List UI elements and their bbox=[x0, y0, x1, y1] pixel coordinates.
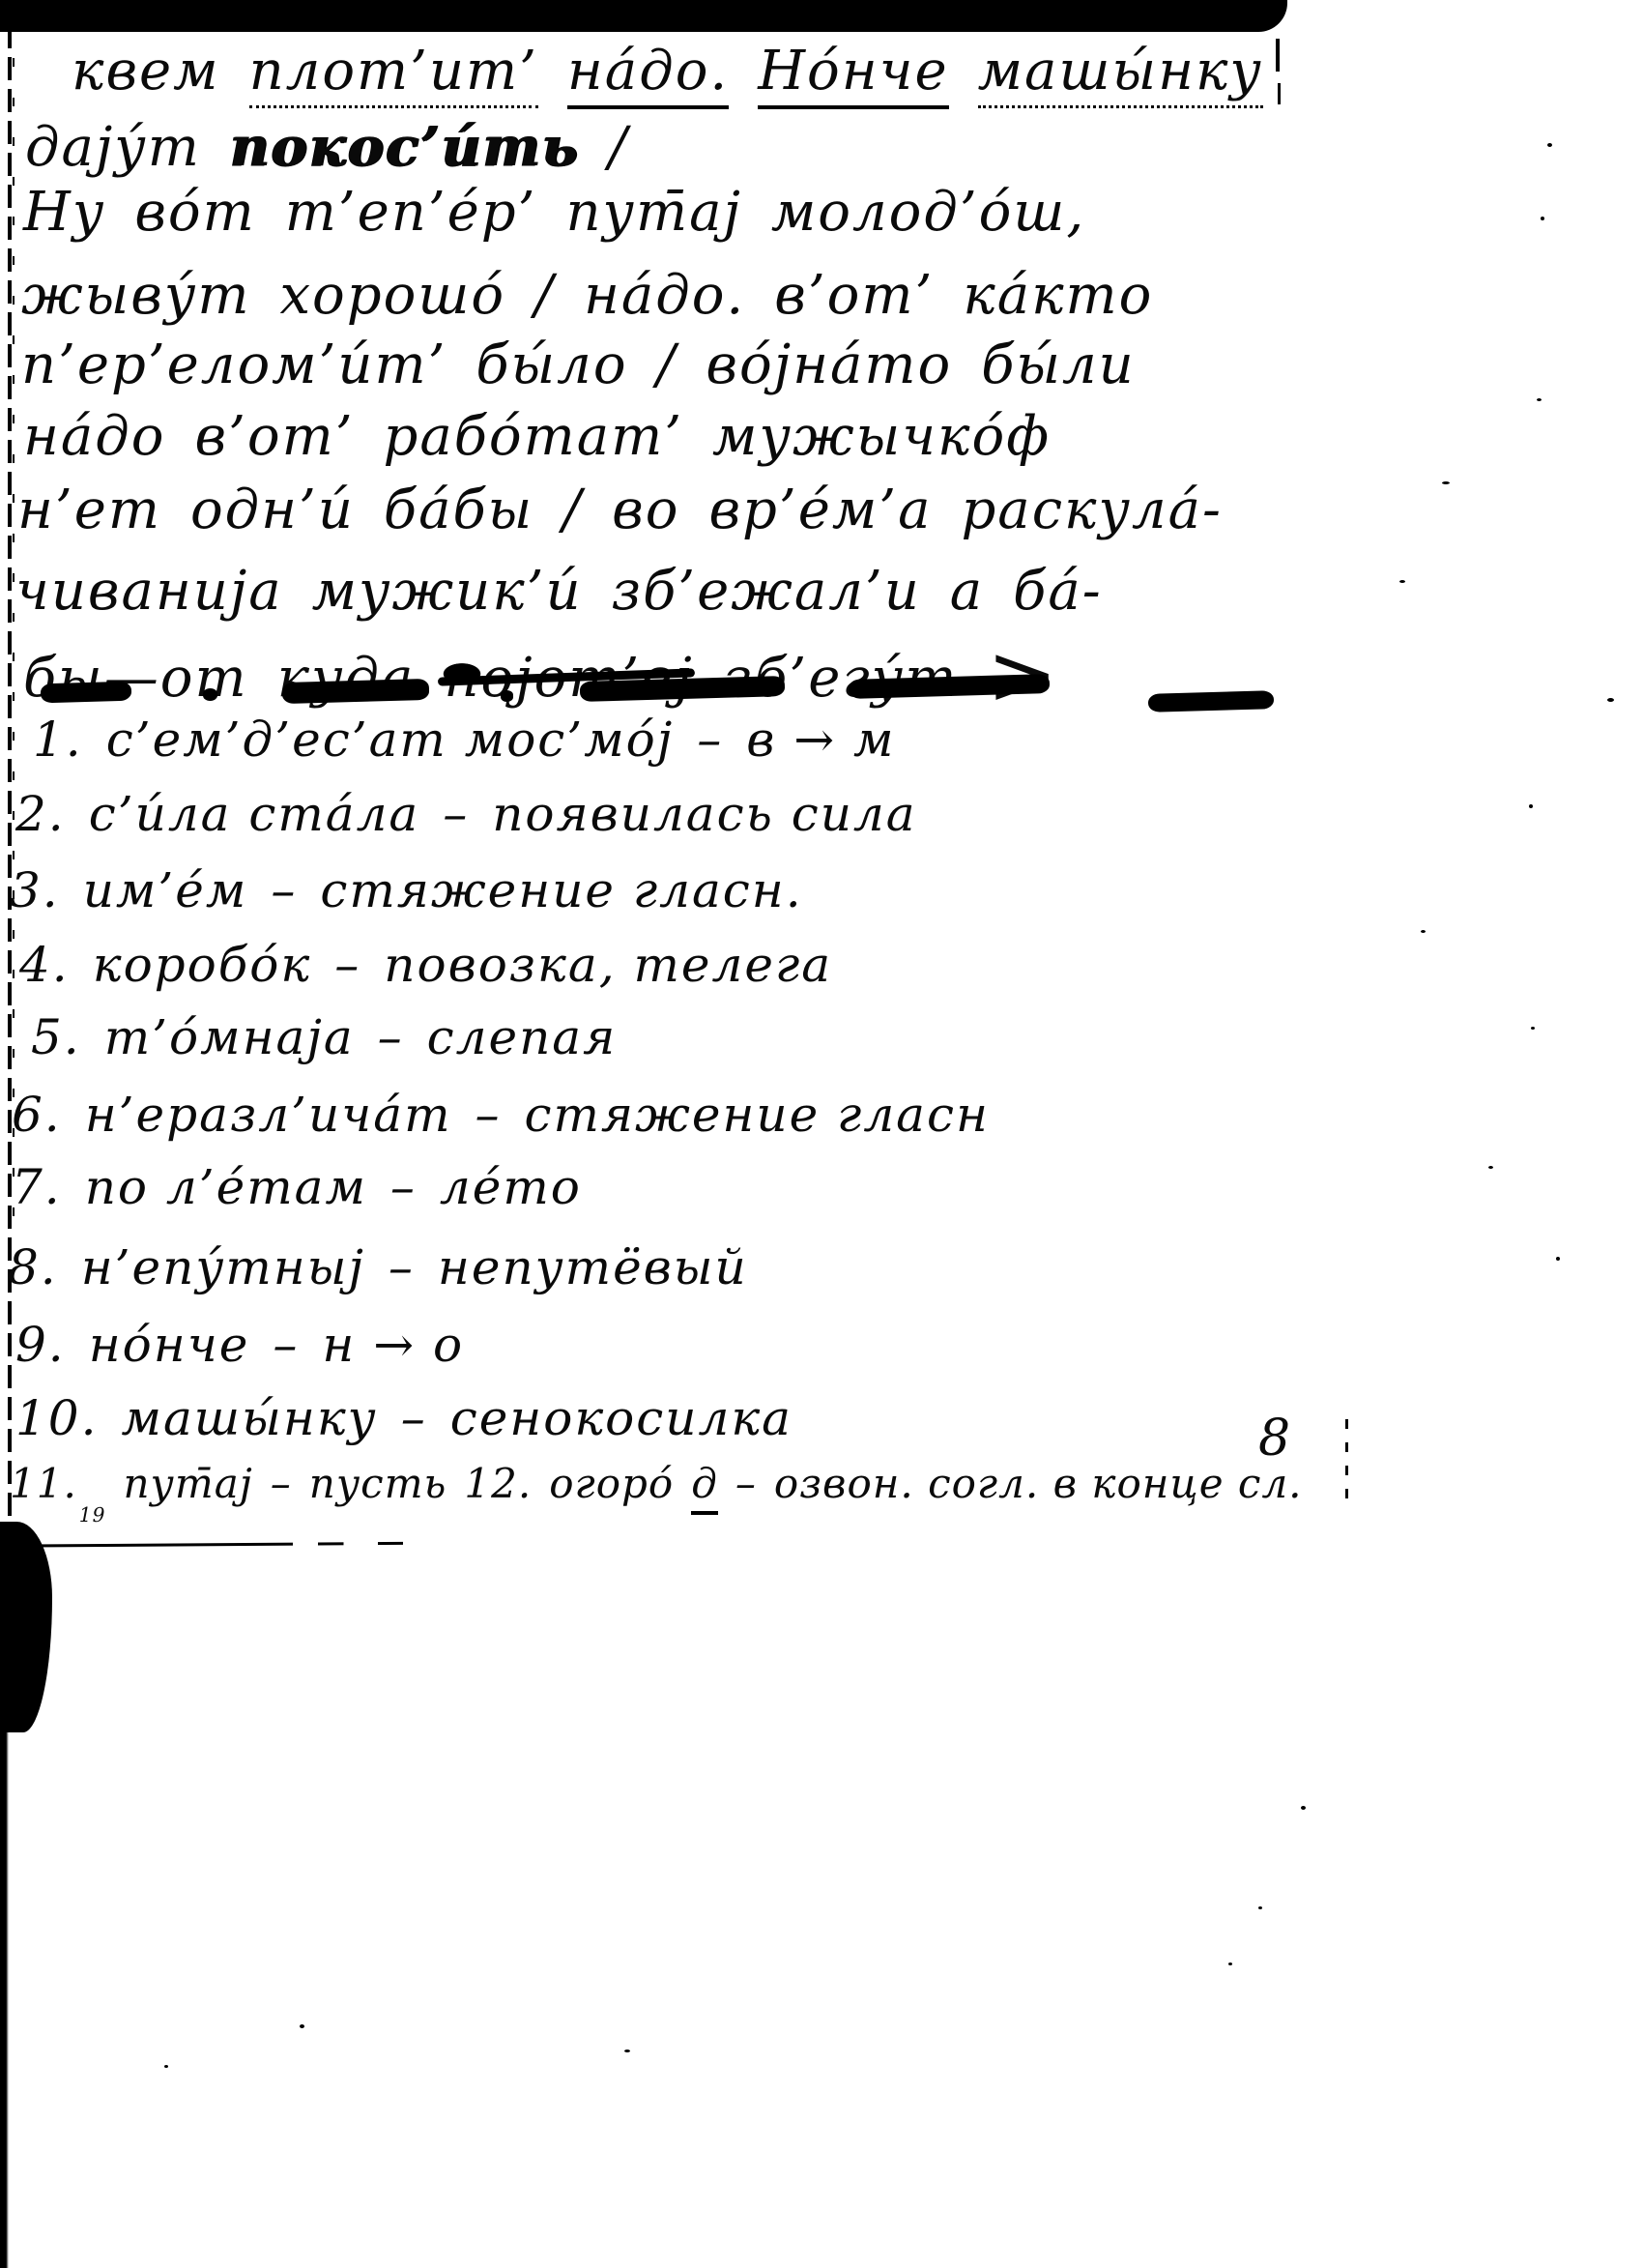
handwritten-word: – bbox=[273, 1321, 299, 1369]
handwritten-word: 1. bbox=[33, 715, 83, 764]
handwritten-word: – bbox=[475, 1090, 501, 1139]
handwritten-word: Но́нче bbox=[758, 44, 948, 109]
handwritten-word: а bbox=[950, 565, 984, 619]
handwritten-line: н’етодн’и́ба́бы/вовр’е́м’араскула́- bbox=[17, 483, 1252, 538]
handwritten-word: пут̄ај bbox=[565, 186, 741, 240]
handwritten-word: сенокосилка bbox=[450, 1394, 793, 1442]
handwritten-line: 4.коробо́к–повозка, телега bbox=[19, 941, 855, 989]
scan-speck bbox=[1301, 1806, 1306, 1810]
handwritten-word: стяжение гласн bbox=[524, 1090, 989, 1139]
scan-speck bbox=[1607, 698, 1614, 702]
handwritten-line: Нуво́тт’еп’е́р’пут̄ајмолод’о́ш, bbox=[23, 186, 1114, 240]
handwritten-word: на́до. bbox=[567, 44, 729, 109]
handwritten-word: бы́ли bbox=[981, 338, 1136, 393]
scan-left-edge-strip bbox=[0, 1721, 9, 2268]
handwritten-word: рабо́тат’ bbox=[384, 410, 684, 464]
handwritten-word: н’еразл’ича́т bbox=[85, 1090, 452, 1139]
handwritten-word: на́до. bbox=[584, 269, 745, 323]
handwritten-word: с’ем’д’ес’ат мос’мо́ј bbox=[106, 715, 675, 764]
handwritten-word: хорошо́ bbox=[279, 269, 505, 323]
handwritten-word: 6. bbox=[12, 1090, 62, 1139]
scan-speck bbox=[624, 2050, 630, 2052]
handwritten-word: бы́ло bbox=[476, 338, 627, 393]
scan-speck bbox=[1556, 1257, 1560, 1261]
handwritten-word: мужик’и́ bbox=[312, 565, 583, 619]
handwritten-word: 7. bbox=[12, 1163, 62, 1211]
handwritten-word: 2. bbox=[15, 790, 66, 838]
handwritten-line: квемплот’ит’на́до.Но́нчемашы́нку bbox=[72, 44, 1292, 109]
handwritten-word: плот’ит’ bbox=[249, 44, 538, 108]
handwritten-word: в → м bbox=[746, 715, 895, 764]
handwritten-word: – bbox=[271, 866, 297, 915]
scan-speck bbox=[1421, 930, 1426, 933]
handwritten-word: машы́нку bbox=[122, 1394, 378, 1442]
handwritten-word: п’ер’елом’и́т’ bbox=[21, 338, 447, 393]
handwritten-word: н’ет bbox=[17, 483, 161, 538]
handwritten-line: 11.19пут̄ај–пусть12.огоро́д–озвон. согл.… bbox=[10, 1464, 1320, 1515]
handwritten-word: – bbox=[735, 1464, 757, 1504]
handwritten-word: н’епу́тныј bbox=[81, 1243, 365, 1292]
handwritten-word: ба́- bbox=[1013, 565, 1103, 619]
handwritten-line: 7.по л’е́там–ле́то bbox=[12, 1163, 605, 1211]
handwritten-word: с’и́ла ста́ла bbox=[89, 790, 420, 838]
handwritten-word: 11. bbox=[10, 1464, 77, 1504]
scan-left-edge-line bbox=[8, 25, 12, 1520]
handwritten-word: молод’о́ш, bbox=[771, 186, 1085, 240]
handwritten-word: во́јна́то bbox=[706, 338, 952, 393]
handwritten-line: 9.но́нче–н → о bbox=[15, 1321, 487, 1369]
handwritten-word: машы́нку bbox=[978, 44, 1263, 108]
handwritten-word: – bbox=[389, 1243, 415, 1292]
handwritten-word: т’о́мнаја bbox=[104, 1013, 355, 1061]
handwritten-line: 5.т’о́мнаја–слепая bbox=[31, 1013, 640, 1061]
handwritten-word: – bbox=[401, 1394, 427, 1442]
handwritten-word: 8. bbox=[8, 1243, 58, 1292]
scanned-manuscript-page: квемплот’ит’на́до.Но́нчемашы́нкудају́тпо… bbox=[0, 0, 1643, 2268]
emphasis-bar bbox=[282, 679, 430, 704]
scan-left-edge-line bbox=[13, 58, 14, 1218]
emphasis-bar bbox=[203, 688, 217, 701]
handwritten-word: т’еп’е́р’ bbox=[285, 186, 537, 240]
emphasis-bar bbox=[1148, 690, 1274, 712]
handwritten-word: мужычко́ф bbox=[712, 410, 1051, 464]
handwritten-line: 8.н’епу́тныј–непутёвый bbox=[8, 1243, 771, 1292]
handwritten-word: ба́бы bbox=[384, 483, 533, 538]
handwritten-word: д bbox=[691, 1464, 718, 1515]
handwritten-word: 4. bbox=[19, 941, 70, 989]
handwritten-word: – bbox=[390, 1163, 417, 1211]
handwritten-word: на́до bbox=[23, 410, 165, 464]
handwritten-word: озвон. согл. в конце сл. bbox=[774, 1464, 1303, 1504]
scan-speck bbox=[1488, 1166, 1493, 1169]
faint-rule-line bbox=[29, 1541, 454, 1547]
handwritten-word: появилась сила bbox=[492, 790, 916, 838]
handwritten-word: пут̄ај bbox=[123, 1464, 252, 1504]
handwritten-word: ле́то bbox=[440, 1163, 582, 1211]
handwritten-word: одн’и́ bbox=[190, 483, 355, 538]
scan-speck bbox=[1547, 143, 1552, 147]
handwritten-word: пусть bbox=[309, 1464, 447, 1504]
handwritten-word: 3. bbox=[10, 866, 60, 915]
emphasis-bar bbox=[41, 682, 132, 704]
scan-speck bbox=[300, 2024, 304, 2028]
handwritten-word: Ну bbox=[23, 186, 105, 240]
scan-speck bbox=[1228, 1963, 1232, 1965]
handwritten-word: чиванија bbox=[15, 565, 283, 619]
handwritten-word: – bbox=[334, 941, 360, 989]
scan-top-border bbox=[0, 0, 1287, 32]
handwritten-line: дају́тпокос’и́ть/ bbox=[25, 120, 658, 175]
scan-speck bbox=[1529, 804, 1533, 808]
handwritten-word: квем bbox=[72, 44, 220, 99]
handwritten-line: жыву́тхорошо́/на́до.в’от’ка́кто bbox=[21, 269, 1182, 323]
handwritten-line: чиванијамужик’и́зб’ежал’иаба́- bbox=[15, 565, 1132, 619]
handwritten-word: 9. bbox=[15, 1321, 66, 1369]
handwritten-word: н → о bbox=[322, 1321, 464, 1369]
handwritten-word: слепая bbox=[427, 1013, 618, 1061]
handwritten-line: 10.машы́нку–сенокосилка bbox=[15, 1394, 816, 1442]
handwritten-word: раскула́- bbox=[961, 483, 1223, 538]
handwritten-word: коробо́к bbox=[93, 941, 312, 989]
handwritten-word: / bbox=[562, 483, 583, 538]
handwritten-word: 12. bbox=[464, 1464, 532, 1504]
handwritten-word: – bbox=[271, 1464, 292, 1504]
handwritten-word: огоро́ bbox=[549, 1464, 674, 1504]
scan-speck bbox=[164, 2065, 168, 2068]
handwritten-word: им’е́м bbox=[83, 866, 248, 915]
handwritten-word: 5. bbox=[31, 1013, 81, 1061]
handwritten-word: – bbox=[378, 1013, 404, 1061]
handwritten-line: 6.н’еразл’ича́т–стяжение гласн bbox=[12, 1090, 1013, 1139]
handwritten-word: 10. bbox=[15, 1394, 99, 1442]
handwritten-word: – bbox=[697, 715, 723, 764]
handwritten-word: в’от’ bbox=[194, 410, 354, 464]
page-number: 8 bbox=[1258, 1410, 1290, 1468]
handwritten-word: покос’и́ть bbox=[230, 120, 580, 174]
scan-speck bbox=[1258, 1906, 1262, 1909]
scan-speck bbox=[1541, 217, 1544, 220]
handwritten-line: бы—откудапојот’ејзб’егу́т> bbox=[23, 634, 1088, 718]
handwritten-line: 1.с’ем’д’ес’ат мос’мо́ј–в → м bbox=[33, 715, 919, 764]
handwritten-line: на́дов’от’рабо́тат’мужычко́ф bbox=[23, 410, 1080, 464]
handwritten-word: во bbox=[612, 483, 679, 538]
handwritten-word: зб’ежал’и bbox=[612, 565, 921, 619]
handwritten-word: повозка, телега bbox=[384, 941, 832, 989]
right-margin-mark bbox=[1345, 1419, 1348, 1508]
handwritten-line: 3.им’е́м–стяжение гласн. bbox=[10, 866, 826, 915]
handwritten-word: во́т bbox=[134, 186, 255, 240]
scan-speck bbox=[1537, 398, 1542, 401]
scan-ink-blob bbox=[0, 1522, 52, 1732]
scan-speck bbox=[1531, 1027, 1535, 1030]
handwritten-word: стяжение гласн. bbox=[320, 866, 802, 915]
handwritten-word: непутёвый bbox=[438, 1243, 748, 1292]
handwritten-word: по л’е́там bbox=[85, 1163, 367, 1211]
scan-speck bbox=[1442, 481, 1450, 484]
handwritten-word: жыву́т bbox=[21, 269, 250, 323]
handwritten-word: вр’е́м’а bbox=[708, 483, 932, 538]
handwritten-word: дају́т bbox=[25, 121, 201, 175]
handwritten-word: / bbox=[609, 121, 629, 175]
handwritten-word: в’от’ bbox=[774, 269, 934, 323]
handwritten-word: / bbox=[534, 269, 555, 323]
handwritten-word: / bbox=[657, 338, 677, 393]
handwritten-line: 2.с’и́ла ста́ла–появилась сила bbox=[15, 790, 940, 838]
emphasis-bar bbox=[501, 690, 513, 702]
handwritten-word: 19 bbox=[79, 1505, 106, 1525]
handwritten-line: п’ер’елом’и́т’бы́ло/во́јна́тобы́ли bbox=[21, 338, 1165, 393]
handwritten-word: – bbox=[443, 790, 469, 838]
handwritten-word: ка́кто bbox=[963, 269, 1153, 323]
scan-speck bbox=[1399, 580, 1405, 583]
handwritten-word: но́нче bbox=[89, 1321, 250, 1369]
